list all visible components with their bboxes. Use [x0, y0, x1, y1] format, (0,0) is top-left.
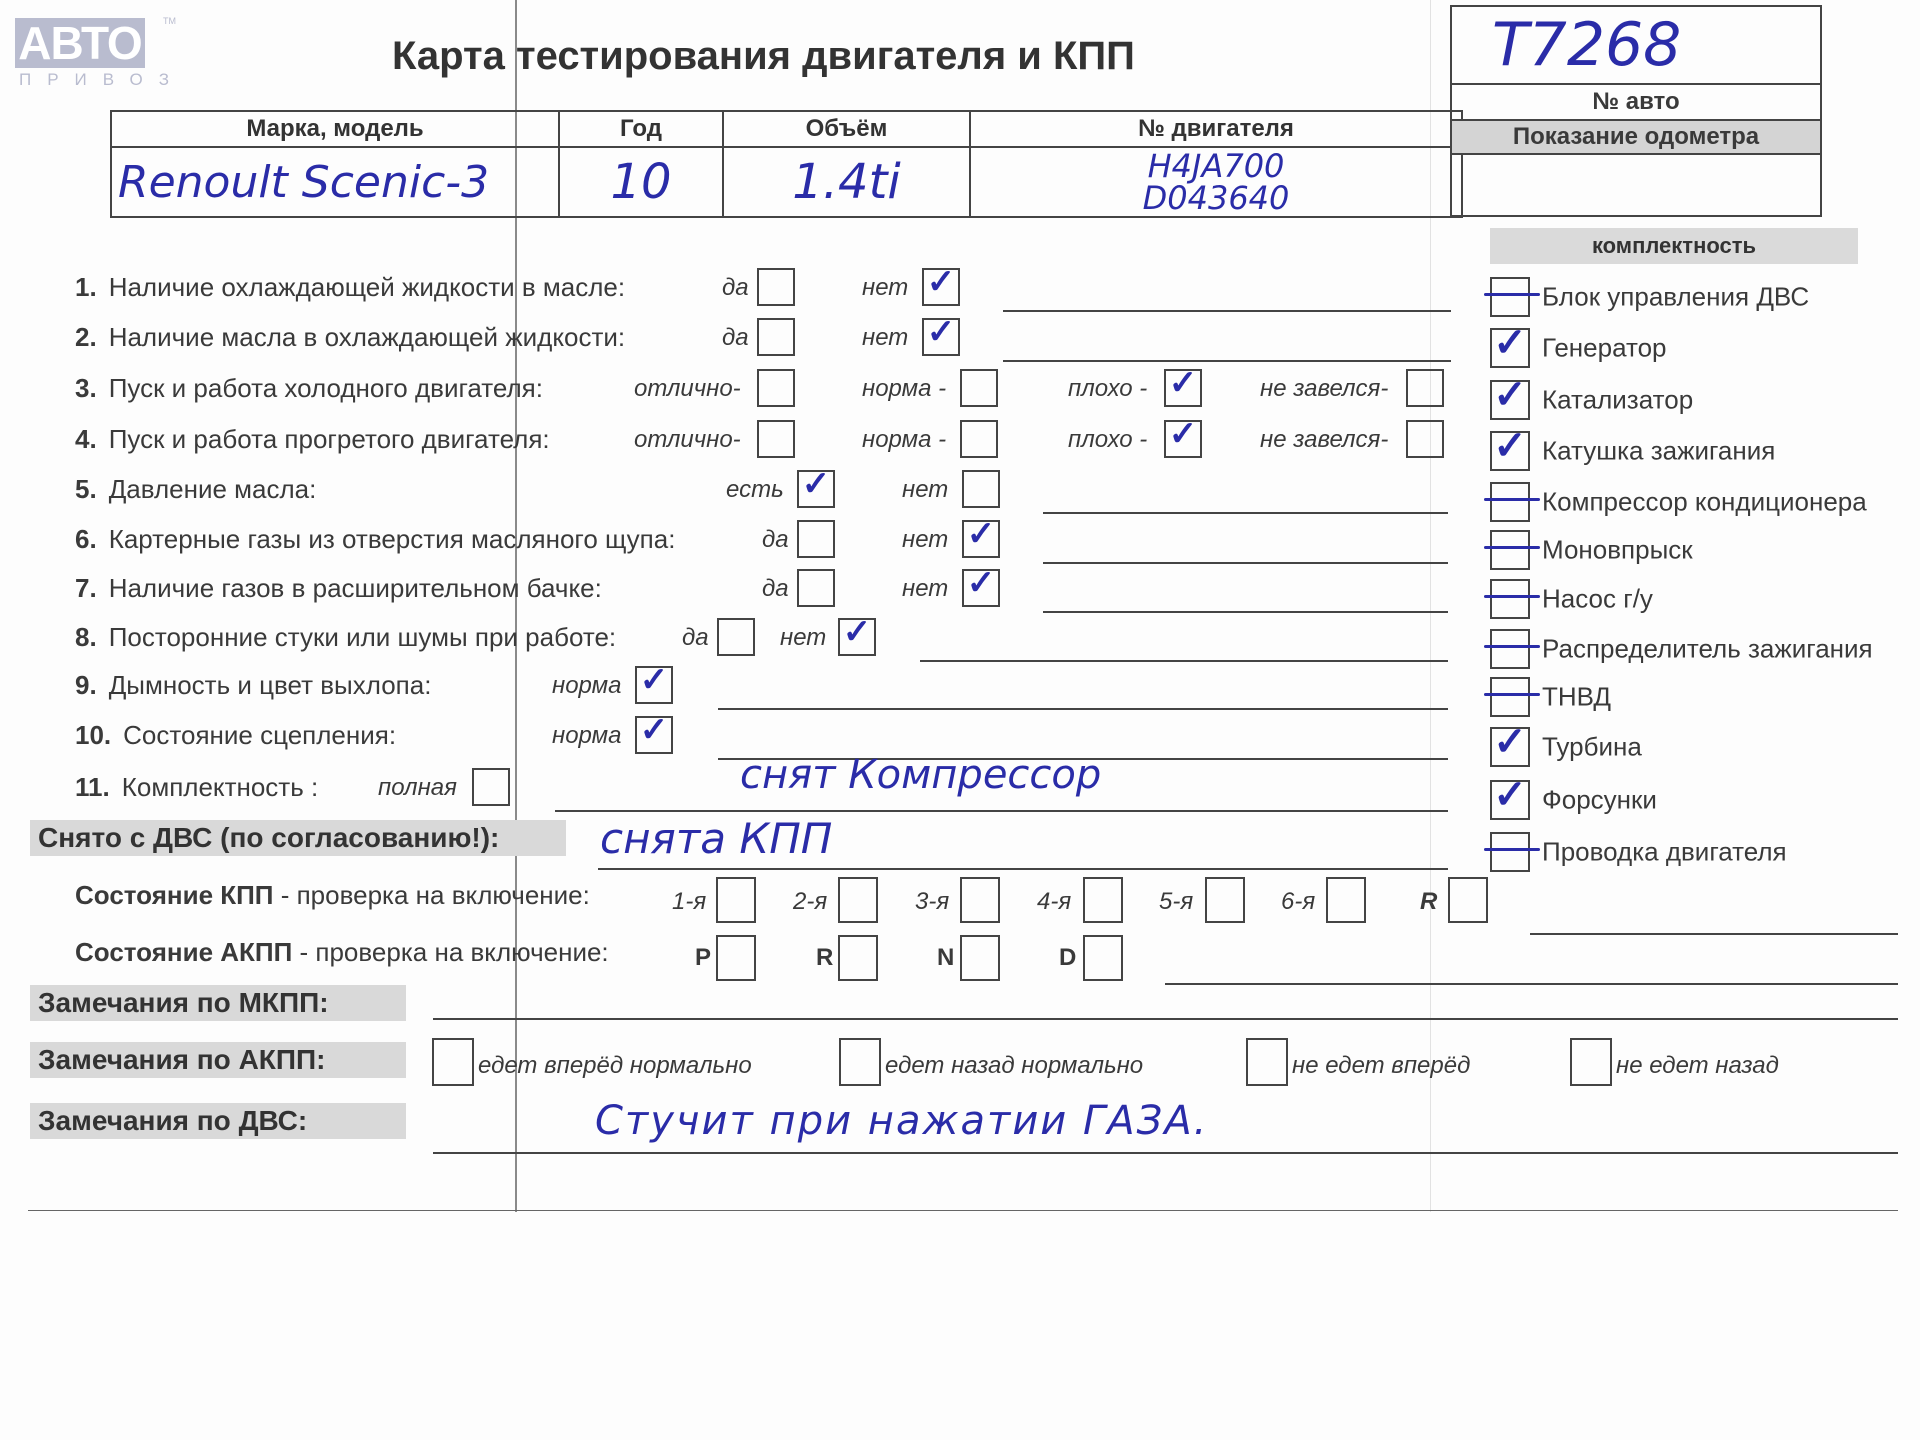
check-option-checkbox[interactable]: ✓	[635, 666, 673, 704]
col-header-engine-number: № двигателя	[970, 111, 1462, 147]
check-option-checkbox[interactable]: ✓	[962, 520, 1000, 558]
akpp-option-checkbox[interactable]	[839, 1038, 881, 1086]
checkmark-icon: ✓	[1492, 320, 1528, 366]
manual-gearbox-underline	[1530, 933, 1898, 935]
check-note-line	[718, 708, 1448, 710]
engine-number-line1: H4JA700	[972, 150, 1460, 182]
col-header-year: Год	[559, 111, 723, 147]
kit-item-label: ТНВД	[1542, 682, 1611, 712]
check-number: 7.	[75, 573, 97, 603]
gear-checkbox[interactable]	[838, 877, 878, 923]
gear-label: 5-я	[1159, 888, 1193, 916]
logo-subtitle: ПРИВОЗ	[15, 70, 185, 90]
check-option-checkbox[interactable]: ✓	[635, 716, 673, 754]
gear-label: 2-я	[793, 888, 827, 916]
kit-checkbox[interactable]	[1490, 629, 1530, 669]
akpp-option-label: не едет назад	[1616, 1052, 1779, 1080]
check-option-checkbox[interactable]	[960, 369, 998, 407]
kit-item-label: Блок управления ДВС	[1542, 282, 1809, 312]
check-option-label: да	[722, 324, 749, 352]
check-option-label: нет	[862, 274, 908, 302]
check-option-label: отлично-	[634, 426, 741, 454]
auto-number-label: № авто	[1452, 85, 1820, 121]
kit-item-label: Распределитель зажигания	[1542, 634, 1873, 664]
check-number: 9.	[75, 670, 97, 700]
check-option-label: плохо -	[1068, 375, 1147, 403]
kit-checkbox[interactable]	[1490, 277, 1530, 317]
dash-mark-icon	[1484, 293, 1540, 296]
kit-item: ✓Катушка зажигания	[1490, 431, 1775, 471]
checkmark-icon: ✓	[637, 660, 671, 700]
check-note-line	[920, 660, 1448, 662]
auto-gear-label: N	[937, 944, 954, 972]
check-label: Дымность и цвет выхлопа:	[109, 670, 432, 700]
check-option-checkbox[interactable]	[797, 569, 835, 607]
check-option-checkbox[interactable]: ✓	[797, 470, 835, 508]
checkmark-icon: ✓	[1166, 414, 1200, 454]
check-option-checkbox[interactable]	[757, 318, 795, 356]
check-option-checkbox[interactable]: ✓	[922, 268, 960, 306]
check-row: 9.Дымность и цвет выхлопа:	[75, 670, 431, 701]
kit-item-label: Катушка зажигания	[1542, 436, 1775, 466]
kit-checkbox[interactable]: ✓	[1490, 780, 1530, 820]
check-note-line	[1043, 611, 1448, 613]
check-option-label: норма -	[862, 375, 946, 403]
check-option-label: нет	[902, 575, 948, 603]
check-option-label: не завелся-	[1260, 426, 1388, 454]
check-option-checkbox[interactable]	[960, 420, 998, 458]
checkmark-icon: ✓	[1492, 372, 1528, 418]
kit-item: Компрессор кондиционера	[1490, 482, 1867, 522]
gear-checkbox[interactable]	[960, 877, 1000, 923]
check-option-label: нет	[862, 324, 908, 352]
dash-mark-icon	[1484, 498, 1540, 501]
check-option-checkbox[interactable]	[797, 520, 835, 558]
check-option-checkbox[interactable]	[757, 420, 795, 458]
bottom-line	[28, 1210, 1898, 1211]
kit-checkbox[interactable]: ✓	[1490, 431, 1530, 471]
check-option-label: да	[722, 274, 749, 302]
checkmark-icon: ✓	[1492, 423, 1528, 469]
kit-item: ✓Форсунки	[1490, 780, 1657, 820]
remarks-akpp-label: Замечания по АКПП:	[30, 1042, 406, 1078]
kit-item-label: Проводка двигателя	[1542, 837, 1787, 867]
check-option-label: отлично-	[634, 375, 741, 403]
akpp-option-checkbox[interactable]	[1246, 1038, 1288, 1086]
gear-checkbox[interactable]	[1448, 877, 1488, 923]
kit-checkbox[interactable]: ✓	[1490, 727, 1530, 767]
kit-checkbox[interactable]	[1490, 530, 1530, 570]
gear-label: 3-я	[915, 888, 949, 916]
manual-gearbox-label: Состояние КПП - проверка на включение:	[75, 880, 590, 911]
gear-checkbox[interactable]	[1326, 877, 1366, 923]
checkmark-icon: ✓	[1492, 719, 1528, 765]
check-option-checkbox[interactable]: ✓	[922, 318, 960, 356]
auto-gear-label: P	[695, 944, 711, 972]
check-note-line	[1003, 360, 1451, 362]
check-number: 8.	[75, 622, 97, 652]
check-number: 6.	[75, 524, 97, 554]
kit-checkbox[interactable]: ✓	[1490, 328, 1530, 368]
manual-gearbox-label-bold: Состояние КПП	[75, 880, 274, 910]
check-label: Комплектность :	[122, 772, 319, 802]
checkmark-icon: ✓	[924, 312, 958, 352]
check-number: 5.	[75, 474, 97, 504]
auto-gear-checkbox[interactable]	[716, 935, 756, 981]
check-option-checkbox[interactable]	[717, 618, 755, 656]
check-row: 4.Пуск и работа прогретого двигателя:	[75, 424, 550, 455]
remarks-mkpp-label: Замечания по МКПП:	[30, 985, 406, 1021]
check-number: 2.	[75, 322, 97, 352]
engine-number-value[interactable]: H4JA700 D043640	[970, 147, 1462, 217]
check-option-label: не завелся-	[1260, 375, 1388, 403]
gear-checkbox[interactable]	[1205, 877, 1245, 923]
checkmark-icon: ✓	[1492, 772, 1528, 818]
auto-gearbox-label: Состояние АКПП - проверка на включение:	[75, 937, 609, 968]
kit-item: Проводка двигателя	[1490, 832, 1787, 872]
kit-item: ТНВД	[1490, 677, 1611, 717]
auto-gearbox-label-rest: - проверка на включение:	[292, 937, 608, 967]
gear-label: 4-я	[1037, 888, 1071, 916]
odometer-label: Показание одометра	[1452, 121, 1820, 155]
dash-mark-icon	[1484, 645, 1540, 648]
check-label: Посторонние стуки или шумы при работе:	[109, 622, 616, 652]
kit-item-label: Моновпрыск	[1542, 535, 1693, 565]
logo-brand: АВТО	[15, 18, 145, 68]
akpp-option-label: не едет вперёд	[1292, 1052, 1470, 1080]
auto-number-box: T7268 № авто Показание одометра	[1450, 5, 1822, 217]
removed-label: Снято с ДВС (по согласованию!):	[30, 820, 566, 856]
logo: АВТО ПРИВОЗ TM	[15, 18, 185, 90]
gear-label: 6-я	[1281, 888, 1315, 916]
check-label: Наличие масла в охлаждающей жидкости:	[109, 322, 625, 352]
checkmark-icon: ✓	[924, 262, 958, 302]
col-header-volume: Объём	[723, 111, 970, 147]
dash-mark-icon	[1484, 848, 1540, 851]
check-row: 10.Состояние сцепления:	[75, 720, 396, 751]
check-option-label: да	[762, 526, 789, 554]
year-value[interactable]: 10	[559, 147, 723, 217]
auto-gear-label: D	[1059, 944, 1076, 972]
check-option-checkbox[interactable]: ✓	[838, 618, 876, 656]
kit-item-label: Насос г/у	[1542, 584, 1653, 614]
check-number: 3.	[75, 373, 97, 403]
page-title: Карта тестирования двигателя и КПП	[392, 34, 1135, 79]
check-note-line	[555, 810, 1448, 812]
remarks-mkpp-line	[433, 1018, 1898, 1020]
check-option-label: норма	[552, 672, 621, 700]
check-option-checkbox[interactable]: ✓	[962, 569, 1000, 607]
kit-item: Блок управления ДВС	[1490, 277, 1809, 317]
gear-checkbox[interactable]	[716, 877, 756, 923]
check-note-line	[1043, 512, 1448, 514]
gear-label: R	[1420, 888, 1437, 916]
check-note-value[interactable]: снят Компрессор	[740, 752, 1101, 798]
check-option-checkbox[interactable]	[757, 369, 795, 407]
check-option-label: нет	[902, 476, 948, 504]
checkmark-icon: ✓	[637, 710, 671, 750]
checkmark-icon: ✓	[1166, 363, 1200, 403]
logo-trademark: TM	[163, 16, 176, 26]
kit-item: Моновпрыск	[1490, 530, 1693, 570]
check-number: 4.	[75, 424, 97, 454]
checkmark-icon: ✓	[840, 612, 874, 652]
checkmark-icon: ✓	[964, 514, 998, 554]
check-row: 1.Наличие охлаждающей жидкости в масле:	[75, 272, 625, 303]
check-number: 10.	[75, 720, 111, 750]
check-option-checkbox[interactable]: ✓	[1164, 369, 1202, 407]
check-label: Давление масла:	[109, 474, 317, 504]
kit-checkbox[interactable]	[1490, 482, 1530, 522]
kit-item-label: Турбина	[1542, 732, 1642, 762]
check-label: Наличие охлаждающей жидкости в масле:	[109, 272, 625, 302]
gear-label: 1-я	[672, 888, 706, 916]
kit-heading: комплектность	[1490, 228, 1858, 264]
check-label: Пуск и работа прогретого двигателя:	[109, 424, 550, 454]
auto-gear-checkbox[interactable]	[838, 935, 878, 981]
dash-mark-icon	[1484, 693, 1540, 696]
kit-checkbox[interactable]	[1490, 579, 1530, 619]
check-row: 6.Картерные газы из отверстия масляного …	[75, 524, 675, 555]
col-header-model: Марка, модель	[111, 111, 559, 147]
auto-gear-checkbox[interactable]	[1083, 935, 1123, 981]
check-row: 8.Посторонние стуки или шумы при работе:	[75, 622, 616, 653]
auto-number-value[interactable]: T7268	[1452, 7, 1820, 85]
dash-mark-icon	[1484, 595, 1540, 598]
dash-mark-icon	[1484, 546, 1540, 549]
kit-item-label: Компрессор кондиционера	[1542, 487, 1867, 517]
check-option-checkbox[interactable]	[1406, 420, 1444, 458]
odometer-value[interactable]	[1452, 155, 1820, 215]
check-option-checkbox[interactable]	[962, 470, 1000, 508]
akpp-option-label: едет вперёд нормально	[478, 1052, 752, 1080]
akpp-option-checkbox[interactable]	[432, 1038, 474, 1086]
kit-checkbox[interactable]: ✓	[1490, 380, 1530, 420]
model-value[interactable]: Renoult Scenic-3	[111, 147, 559, 217]
check-option-label: норма	[552, 722, 621, 750]
kit-item-label: Катализатор	[1542, 385, 1693, 415]
check-label: Картерные газы из отверстия масляного щу…	[109, 524, 676, 554]
kit-item: ✓Генератор	[1490, 328, 1667, 368]
check-option-label: полная	[378, 774, 457, 802]
kit-item-label: Генератор	[1542, 333, 1667, 363]
akpp-option-label: едет назад нормально	[885, 1052, 1143, 1080]
akpp-option-checkbox[interactable]	[1570, 1038, 1612, 1086]
kit-item: Насос г/у	[1490, 579, 1653, 619]
kit-checkbox[interactable]	[1490, 677, 1530, 717]
vehicle-info-table: Марка, модель Год Объём № двигателя Reno…	[110, 110, 1463, 218]
kit-item: ✓Турбина	[1490, 727, 1642, 767]
auto-gear-label: R	[816, 944, 833, 972]
checkmark-icon: ✓	[964, 563, 998, 603]
check-note-line	[1003, 310, 1451, 312]
auto-gearbox-label-bold: Состояние АКПП	[75, 937, 292, 967]
manual-gearbox-label-rest: - проверка на включение:	[274, 880, 590, 910]
check-row: 3.Пуск и работа холодного двигателя:	[75, 373, 543, 404]
check-row: 2.Наличие масла в охлаждающей жидкости:	[75, 322, 625, 353]
check-option-checkbox[interactable]	[1406, 369, 1444, 407]
kit-checkbox[interactable]	[1490, 832, 1530, 872]
check-option-label: есть	[726, 476, 784, 504]
check-option-checkbox[interactable]	[757, 268, 795, 306]
check-option-label: нет	[780, 624, 826, 652]
remarks-dvs-label: Замечания по ДВС:	[30, 1103, 406, 1139]
gear-checkbox[interactable]	[1083, 877, 1123, 923]
check-option-label: да	[682, 624, 709, 652]
check-option-checkbox[interactable]	[472, 768, 510, 806]
kit-item-label: Форсунки	[1542, 785, 1657, 815]
check-row: 5.Давление масла:	[75, 474, 316, 505]
check-row: 11.Комплектность :	[75, 772, 318, 803]
check-option-label: да	[762, 575, 789, 603]
auto-gear-checkbox[interactable]	[960, 935, 1000, 981]
check-label: Пуск и работа холодного двигателя:	[109, 373, 543, 403]
removed-value[interactable]: снята КПП	[600, 814, 832, 863]
auto-gearbox-underline	[1165, 983, 1898, 985]
kit-item: ✓Катализатор	[1490, 380, 1693, 420]
engine-number-line2: D043640	[972, 182, 1460, 214]
remarks-dvs-value[interactable]: Стучит при нажатии ГАЗА.	[595, 1098, 1208, 1144]
check-option-label: плохо -	[1068, 426, 1147, 454]
check-option-label: нет	[902, 526, 948, 554]
check-option-label: норма -	[862, 426, 946, 454]
check-note-line	[1043, 562, 1448, 564]
check-number: 11.	[75, 772, 110, 802]
check-number: 1.	[75, 272, 97, 302]
checkmark-icon: ✓	[799, 464, 833, 504]
removed-underline	[598, 868, 1448, 870]
check-label: Наличие газов в расширительном бачке:	[109, 573, 602, 603]
remarks-dvs-line	[433, 1152, 1898, 1154]
check-option-checkbox[interactable]: ✓	[1164, 420, 1202, 458]
kit-item: Распределитель зажигания	[1490, 629, 1873, 669]
check-label: Состояние сцепления:	[123, 720, 396, 750]
volume-value[interactable]: 1.4ti	[723, 147, 970, 217]
check-row: 7.Наличие газов в расширительном бачке:	[75, 573, 602, 604]
